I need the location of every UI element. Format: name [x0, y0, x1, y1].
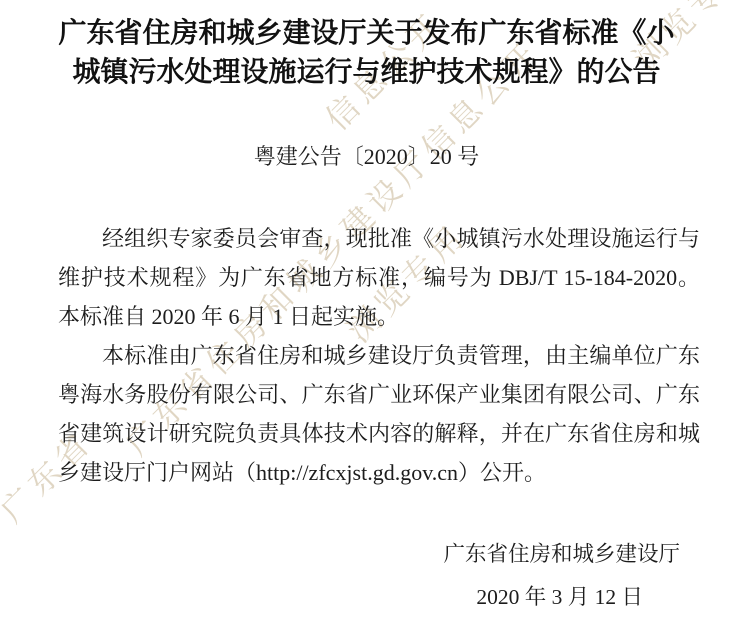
issue-date: 2020 年 3 月 12 日 [476, 584, 643, 610]
document-number: 粤建公告〔2020〕20 号 [0, 142, 733, 172]
paragraph-approval: 经组织专家委员会审查，现批准《小城镇污水处理设施运行与维护技术规程》为广东省地方… [58, 219, 700, 336]
document-title-line2: 城镇污水处理设施运行与维护技术规程》的公告 [20, 53, 713, 92]
paragraph-management: 本标准由广东省住房和城乡建设厅负责管理，由主编单位广东粤海水务股份有限公司、广东… [58, 336, 700, 492]
document-title: 广东省住房和城乡建设厅关于发布广东省标准《小 城镇污水处理设施运行与维护技术规程… [20, 14, 713, 92]
document-body: 经组织专家委员会审查，现批准《小城镇污水处理设施运行与维护技术规程》为广东省地方… [58, 219, 700, 492]
announcement-document: 广东省住房和城乡建设厅信息公开浏览专用浏览专用信息公开广东省 广东省住房和城乡建… [0, 0, 733, 633]
document-title-line1: 广东省住房和城乡建设厅关于发布广东省标准《小 [20, 14, 713, 53]
issuer-signature: 广东省住房和城乡建设厅 [443, 541, 680, 567]
